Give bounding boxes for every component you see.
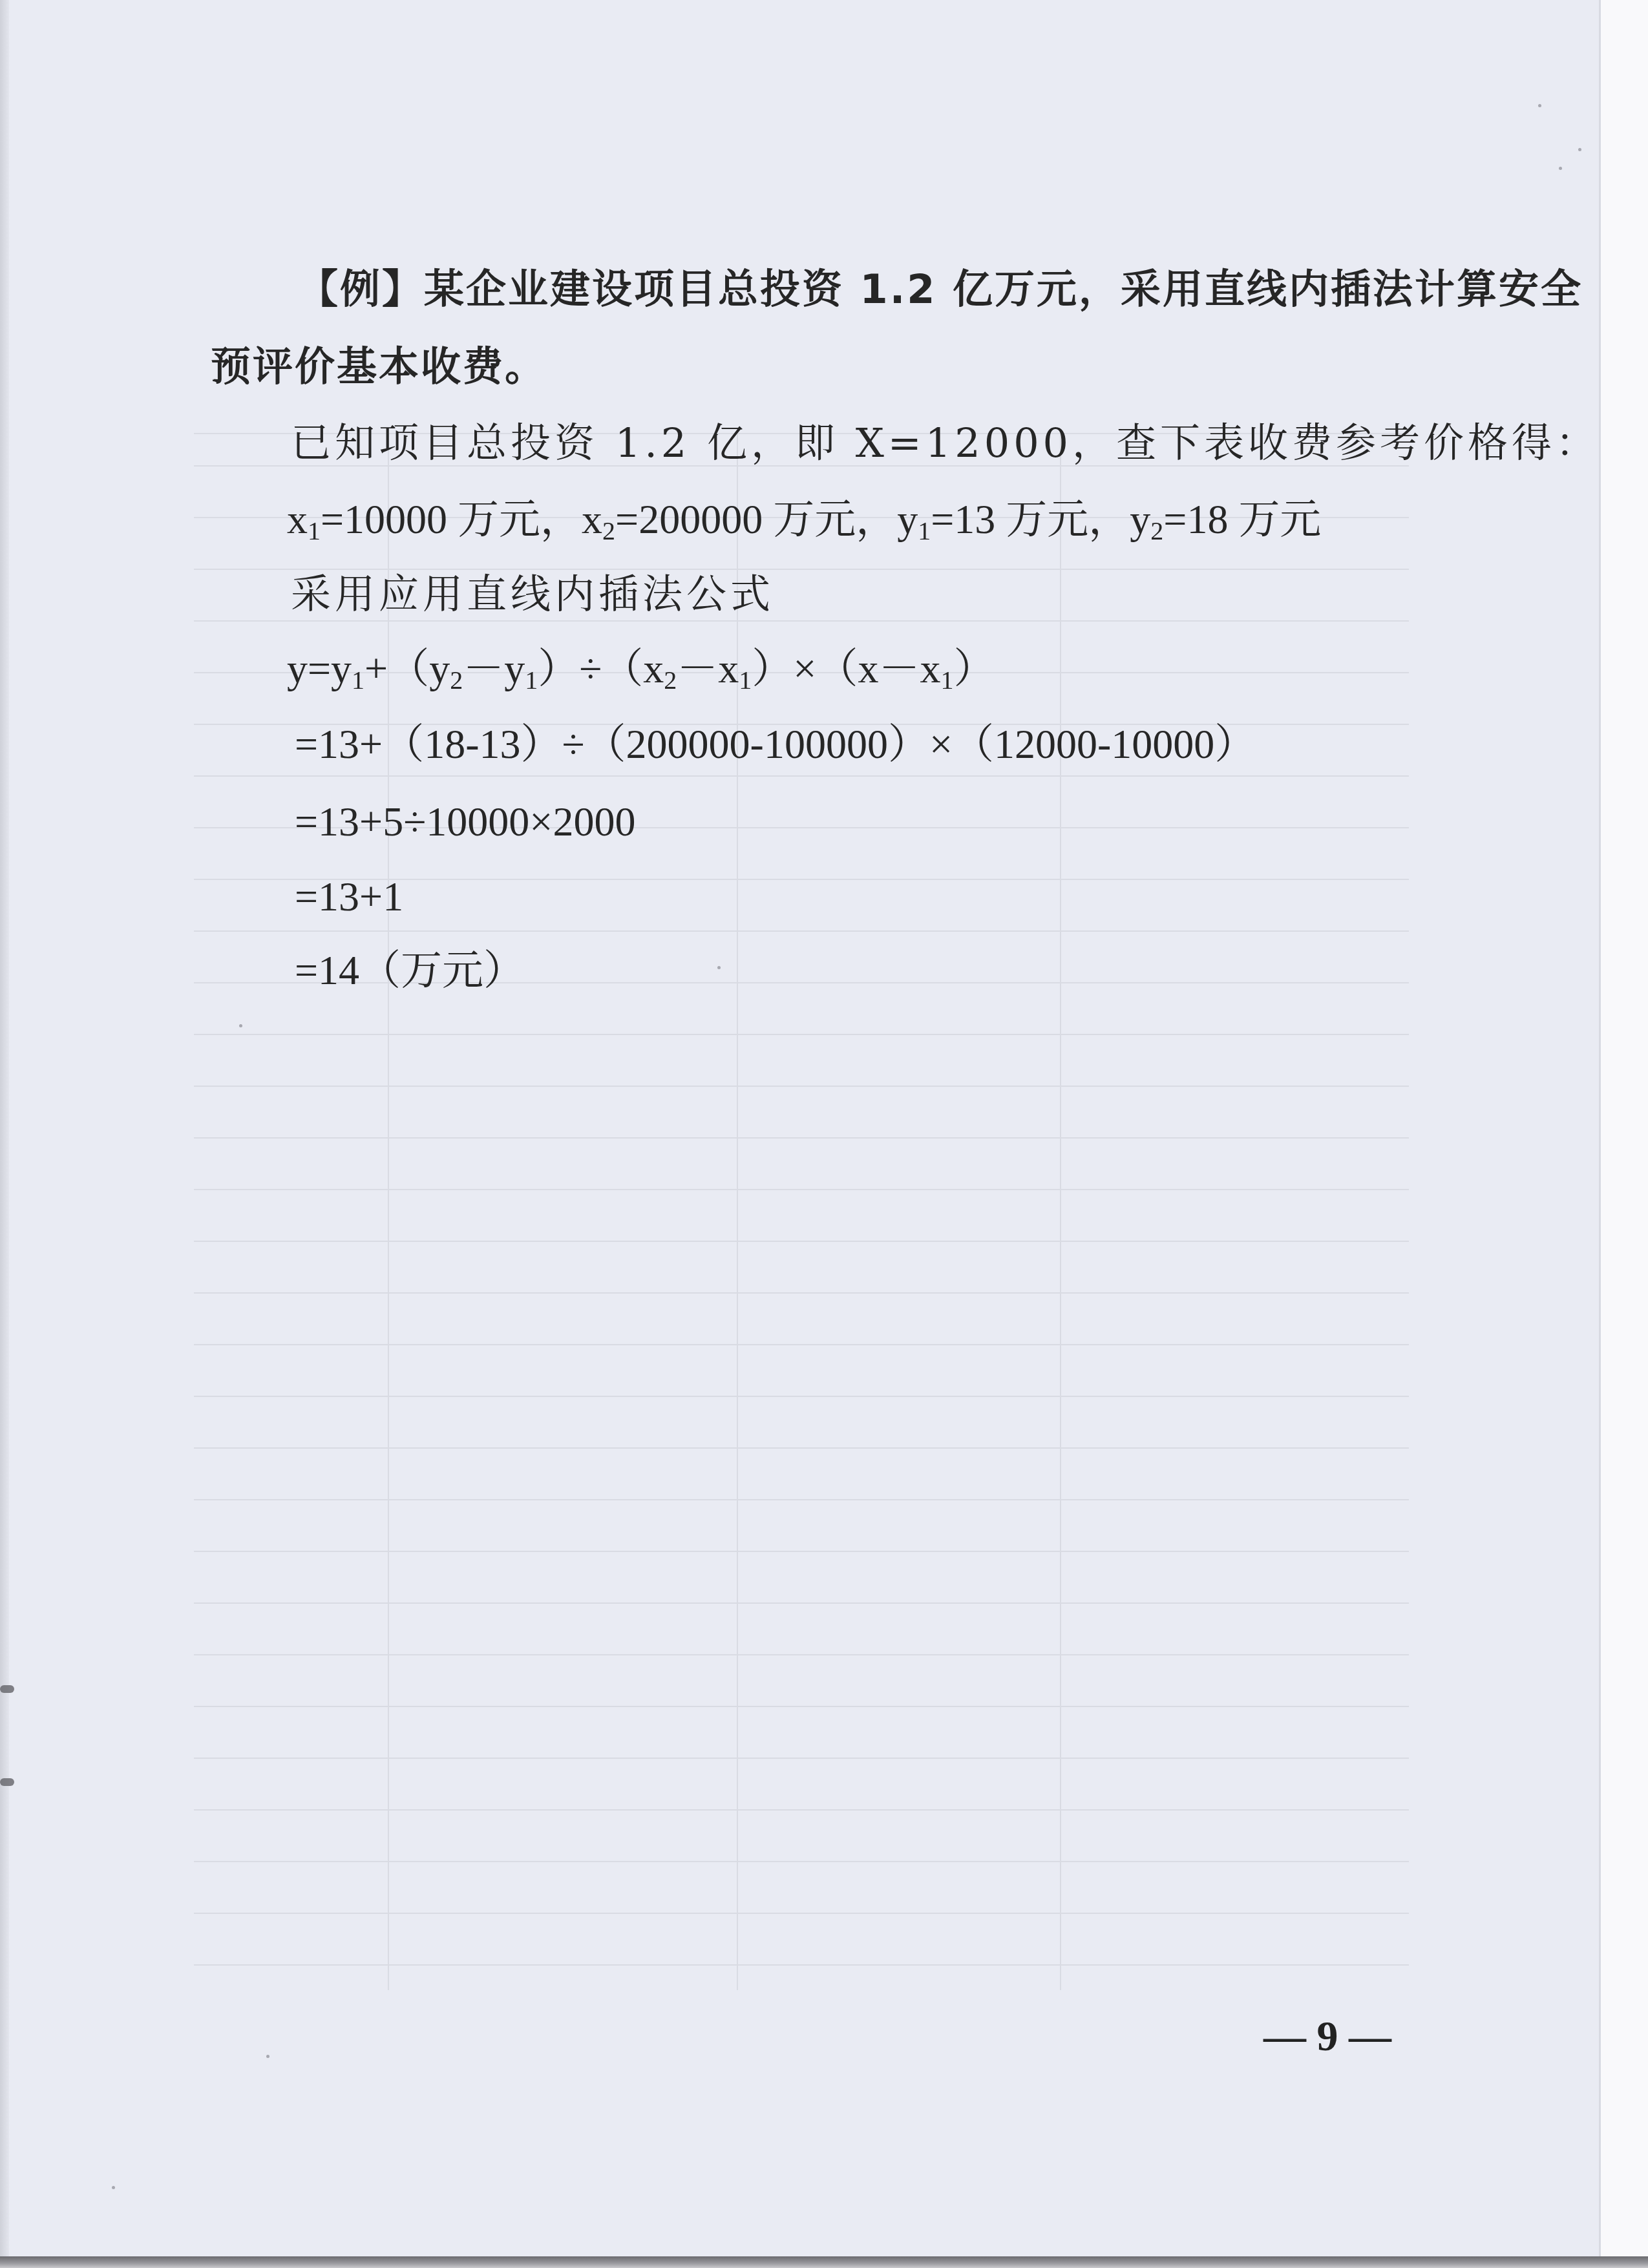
formula-part: ）×（x－x (752, 646, 940, 691)
x1-value: =10000 万元， (321, 496, 582, 542)
page-number: — 9 — (1263, 2011, 1391, 2063)
formula-part: ） (953, 646, 995, 691)
formula-subscript: 2 (664, 666, 677, 695)
known-values-sentence: 已知项目总投资 1.2 亿，即 X=12000，查下表收费参考价格得： (291, 417, 1600, 469)
interpolation-formula: y=y1+（y2－y1）÷（x2－x1）×（x－x1） (287, 643, 995, 695)
scanner-edge (0, 2256, 1648, 2268)
x2-label: x (582, 496, 602, 542)
formula-part: y=y (287, 646, 352, 691)
formula-step-3: =13+1 (295, 871, 403, 923)
y1-value: =13 万元， (931, 496, 1130, 542)
formula-subscript: 2 (450, 666, 463, 695)
y2-value: =18 万元 (1163, 496, 1321, 542)
formula-subscript: 1 (352, 666, 364, 695)
y2-label: y (1130, 496, 1150, 542)
example-heading-line-2: 预评价基本收费。 (211, 341, 547, 393)
formula-part: ）÷（x (538, 646, 664, 691)
formula-step-1: =13+（18-13）÷（200000-100000）×（12000-10000… (295, 719, 1256, 770)
formula-part: －x (677, 646, 739, 691)
formula-subscript: 1 (739, 666, 752, 695)
x1-label: x (287, 496, 308, 542)
x1-subscript: 1 (308, 516, 321, 545)
y1-label: y (897, 496, 918, 542)
formula-result: =14（万元） (295, 945, 525, 996)
formula-part: －y (463, 646, 525, 691)
staple-mark (0, 1778, 14, 1786)
example-heading-line-1: 【例】某企业建设项目总投资 1.2 亿万元，采用直线内插法计算安全 (298, 264, 1583, 315)
y1-subscript: 1 (918, 516, 931, 545)
staple-mark (0, 1685, 14, 1693)
formula-subscript: 1 (525, 666, 538, 695)
formula-subscript: 1 (940, 666, 953, 695)
interpolation-points: x1=10000 万元，x2=200000 万元，y1=13 万元，y2=18 … (287, 494, 1321, 545)
formula-part: +（y (364, 646, 450, 691)
document-page: 【例】某企业建设项目总投资 1.2 亿万元，采用直线内插法计算安全 预评价基本收… (0, 0, 1601, 2256)
x2-value: =200000 万元， (615, 496, 897, 542)
formula-step-2: =13+5÷10000×2000 (295, 796, 635, 848)
binding-shadow (0, 0, 9, 2256)
y2-subscript: 2 (1150, 516, 1163, 545)
x2-subscript: 2 (602, 516, 615, 545)
method-sentence: 采用应用直线内插法公式 (291, 569, 774, 620)
